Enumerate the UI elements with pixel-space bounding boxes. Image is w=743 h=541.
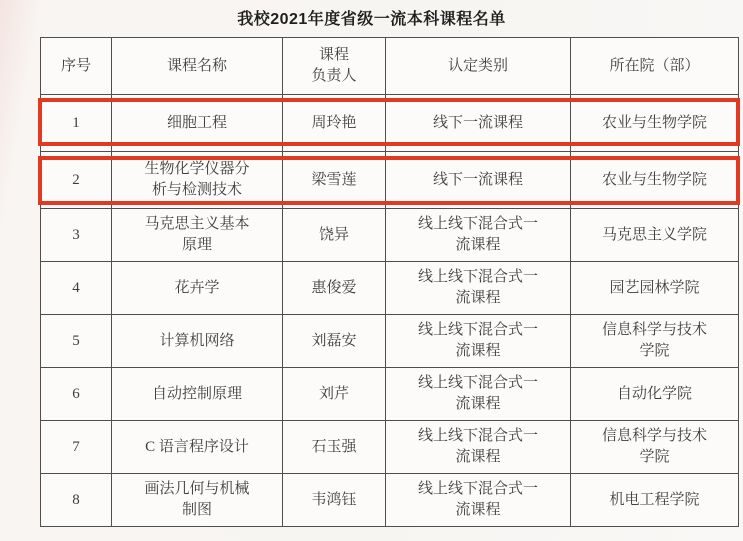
table-row: 4 花卉学 惠俊爱 线上线下混合式一 流课程 园艺园林学院 [41, 262, 739, 315]
cell-leader: 韦鸿钰 [283, 474, 386, 527]
cell-category: 线上线下混合式一 流课程 [386, 421, 571, 474]
cell-course: 马克思主义基本 原理 [112, 209, 283, 262]
cell-course: 计算机网络 [112, 315, 283, 368]
cell-seq: 6 [41, 368, 112, 421]
cell-leader: 石玉强 [283, 421, 386, 474]
cell-college: 园艺园林学院 [571, 262, 739, 315]
cell-seq: 2 [41, 152, 112, 209]
cell-category: 线上线下混合式一 流课程 [386, 474, 571, 527]
cell-leader: 刘磊安 [283, 315, 386, 368]
cell-seq: 5 [41, 315, 112, 368]
cell-seq: 8 [41, 474, 112, 527]
cell-college: 自动化学院 [571, 368, 739, 421]
header-category: 认定类别 [386, 38, 571, 95]
course-table-container: 序号 课程名称 课程 负责人 认定类别 所在院（部） 1 细胞工程 周玲艳 线下… [40, 37, 738, 526]
cell-course: 花卉学 [112, 262, 283, 315]
table-row: 8 画法几何与机械 制图 韦鸿钰 线上线下混合式一 流课程 机电工程学院 [41, 474, 739, 527]
cell-course: 画法几何与机械 制图 [112, 474, 283, 527]
document-page: 我校2021年度省级一流本科课程名单 序号 课程名称 课程 负责人 认定类别 所… [0, 0, 743, 541]
cell-college: 农业与生物学院 [571, 152, 739, 209]
cell-college: 马克思主义学院 [571, 209, 739, 262]
cell-leader: 惠俊爱 [283, 262, 386, 315]
cell-category: 线上线下混合式一 流课程 [386, 262, 571, 315]
cell-course: 生物化学仪器分 析与检测技术 [112, 152, 283, 209]
header-seq: 序号 [41, 38, 112, 95]
cell-course: 自动控制原理 [112, 368, 283, 421]
cell-category: 线下一流课程 [386, 95, 571, 152]
cell-leader: 周玲艳 [283, 95, 386, 152]
table-row: 3 马克思主义基本 原理 饶异 线上线下混合式一 流课程 马克思主义学院 [41, 209, 739, 262]
table-header-row: 序号 课程名称 课程 负责人 认定类别 所在院（部） [41, 38, 739, 95]
header-course-leader: 课程 负责人 [283, 38, 386, 95]
cell-leader: 刘芹 [283, 368, 386, 421]
cell-category: 线上线下混合式一 流课程 [386, 368, 571, 421]
header-course-name: 课程名称 [112, 38, 283, 95]
page-title: 我校2021年度省级一流本科课程名单 [0, 6, 743, 29]
table-row: 5 计算机网络 刘磊安 线上线下混合式一 流课程 信息科学与技术 学院 [41, 315, 739, 368]
cell-college: 信息科学与技术 学院 [571, 315, 739, 368]
table-row: 2 生物化学仪器分 析与检测技术 梁雪莲 线下一流课程 农业与生物学院 [41, 152, 739, 209]
cell-seq: 1 [41, 95, 112, 152]
cell-seq: 7 [41, 421, 112, 474]
cell-seq: 3 [41, 209, 112, 262]
cell-category: 线下一流课程 [386, 152, 571, 209]
header-college: 所在院（部） [571, 38, 739, 95]
table-row: 7 C 语言程序设计 石玉强 线上线下混合式一 流课程 信息科学与技术 学院 [41, 421, 739, 474]
course-table: 序号 课程名称 课程 负责人 认定类别 所在院（部） 1 细胞工程 周玲艳 线下… [40, 37, 739, 527]
cell-course: C 语言程序设计 [112, 421, 283, 474]
cell-seq: 4 [41, 262, 112, 315]
cell-college: 机电工程学院 [571, 474, 739, 527]
cell-college: 信息科学与技术 学院 [571, 421, 739, 474]
cell-category: 线上线下混合式一 流课程 [386, 315, 571, 368]
table-row: 6 自动控制原理 刘芹 线上线下混合式一 流课程 自动化学院 [41, 368, 739, 421]
cell-college: 农业与生物学院 [571, 95, 739, 152]
cell-course: 细胞工程 [112, 95, 283, 152]
table-row: 1 细胞工程 周玲艳 线下一流课程 农业与生物学院 [41, 95, 739, 152]
cell-leader: 饶异 [283, 209, 386, 262]
cell-leader: 梁雪莲 [283, 152, 386, 209]
cell-category: 线上线下混合式一 流课程 [386, 209, 571, 262]
